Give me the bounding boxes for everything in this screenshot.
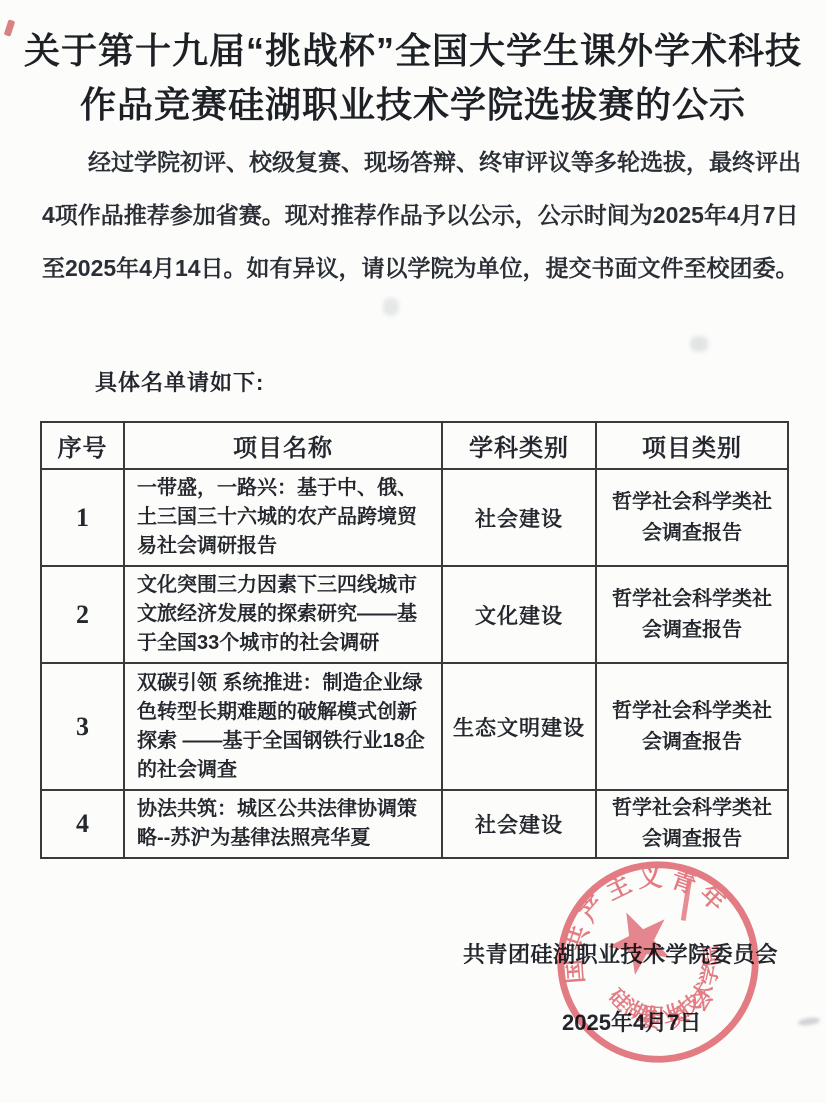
- official-seal-stamp: 中国共产主义青年团 硅湖职业技术学院 委员会: [551, 855, 765, 1069]
- table-row: 3 双碳引领 系统推进：制造企业绿色转型长期难题的破解模式创新探索 ——基于全国…: [41, 663, 788, 790]
- document-title-line2: 作品竞赛硅湖职业技术学院选拔赛的公示: [0, 78, 826, 132]
- document-title: 关于第十九届“挑战杯”全国大学生课外学术科技 作品竞赛硅湖职业技术学院选拔赛的公…: [0, 24, 826, 132]
- cell-subject-category: 生态文明建设: [442, 663, 596, 790]
- cell-project-category: 哲学社会科学类社会调查报告: [596, 469, 788, 566]
- cell-serial-number: 4: [41, 790, 124, 858]
- cell-project-name: 文化突围三力因素下三四线城市文旅经济发展的探索研究——基于全国33个城市的社会调…: [124, 566, 442, 663]
- cell-project-name: 双碳引领 系统推进：制造企业绿色转型长期难题的破解模式创新探索 ——基于全国钢铁…: [124, 663, 442, 790]
- body-line: 经过学院初评、校级复赛、现场答辩、终审评议等多轮选拔，最终评出: [42, 136, 790, 189]
- header-subject-category: 学科类别: [442, 422, 596, 469]
- table-row: 2 文化突围三力因素下三四线城市文旅经济发展的探索研究——基于全国33个城市的社…: [41, 566, 788, 663]
- scan-smudge: [798, 1017, 821, 1027]
- cell-subject-category: 社会建设: [442, 469, 596, 566]
- cell-project-name: 协法共筑：城区公共法律协调策略--苏沪为基律法照亮华夏: [124, 790, 442, 858]
- list-intro-text: 具体名单请如下:: [95, 366, 264, 397]
- header-project-category: 项目类别: [596, 422, 788, 469]
- cell-subject-category: 文化建设: [442, 566, 596, 663]
- scanned-announcement-document: 关于第十九届“挑战杯”全国大学生课外学术科技 作品竞赛硅湖职业技术学院选拔赛的公…: [0, 0, 826, 1103]
- scan-smudge: [690, 336, 708, 352]
- scan-smudge: [383, 298, 399, 316]
- cell-project-category: 哲学社会科学类社会调查报告: [596, 790, 788, 858]
- projects-table: 序号 项目名称 学科类别 项目类别 1 一带盛，一路兴：基于中、俄、土三国三十六…: [40, 421, 789, 859]
- cell-subject-category: 社会建设: [442, 790, 596, 858]
- cell-project-category: 哲学社会科学类社会调查报告: [596, 566, 788, 663]
- table-header-row: 序号 项目名称 学科类别 项目类别: [41, 422, 788, 469]
- cell-serial-number: 1: [41, 469, 124, 566]
- header-serial-number: 序号: [41, 422, 124, 469]
- body-line: 至2025年4月14日。如有异议，请以学院为单位，提交书面文件至校团委。: [42, 242, 790, 295]
- table-row: 1 一带盛，一路兴：基于中、俄、土三国三十六城的农产品跨境贸易社会调研报告 社会…: [41, 469, 788, 566]
- document-title-line1: 关于第十九届“挑战杯”全国大学生课外学术科技: [0, 24, 826, 78]
- cell-serial-number: 2: [41, 566, 124, 663]
- cell-project-category: 哲学社会科学类社会调查报告: [596, 663, 788, 790]
- star-icon: [598, 899, 681, 980]
- body-line: 4项作品推荐参加省赛。现对推荐作品予以公示，公示时间为2025年4月7日: [42, 189, 790, 242]
- header-project-name: 项目名称: [124, 422, 442, 469]
- table-row: 4 协法共筑：城区公共法律协调策略--苏沪为基律法照亮华夏 社会建设 哲学社会科…: [41, 790, 788, 858]
- cell-project-name: 一带盛，一路兴：基于中、俄、土三国三十六城的农产品跨境贸易社会调研报告: [124, 469, 442, 566]
- document-body: 经过学院初评、校级复赛、现场答辩、终审评议等多轮选拔，最终评出 4项作品推荐参加…: [42, 136, 790, 295]
- cell-serial-number: 3: [41, 663, 124, 790]
